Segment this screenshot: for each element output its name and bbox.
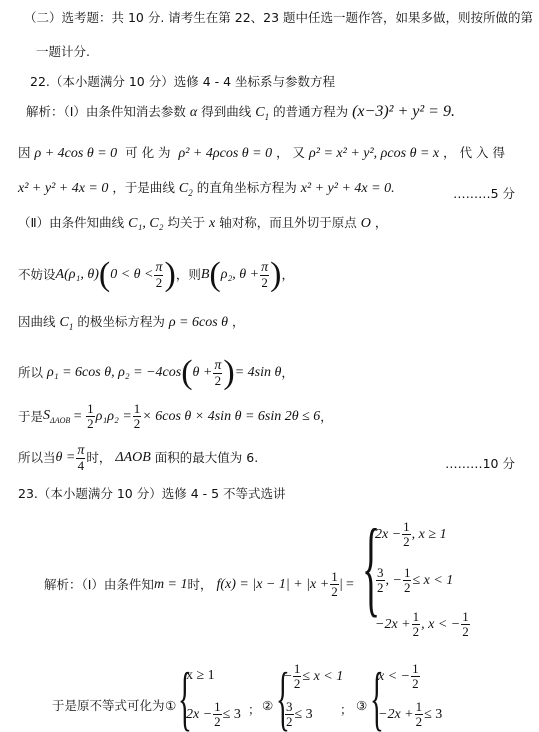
circle-1: ① [165, 700, 176, 713]
fraction-pi-over-4: π4 [76, 443, 85, 474]
paren-open: ( [99, 258, 110, 292]
paren-open: ( [181, 356, 192, 390]
area-intro: 于是 [18, 411, 43, 424]
fraction-pi-over-2: π2 [154, 260, 163, 291]
q22-part1-end: 的普通方程为 [273, 104, 348, 119]
eq-substitution: ρ² = x² + y², ρcos θ = x [309, 146, 439, 161]
q22-max-line: 所以当 θ = π4 时， ΔAOB 面积的最大值为 6. [18, 443, 258, 474]
q22-part1-intro: 解析：（Ⅰ）由条件知消去参数 [26, 104, 186, 119]
text-yushi: ，于是曲线 [112, 180, 175, 195]
point-b-inner: ρ₂, θ + [221, 268, 259, 282]
area-symbol: SΔAOB [43, 409, 70, 425]
assume-text: 不妨设 [18, 269, 56, 282]
q22-part1-mid: 得到曲线 [201, 104, 251, 119]
fraction-pi-over-2: π2 [213, 358, 222, 389]
paren-open: ( [209, 258, 220, 292]
max-end: 面积的最大值为 6. [155, 452, 258, 465]
eq-rho: ρ + 4cos θ = 0 [35, 146, 118, 161]
x-axis-symbol: x [209, 216, 215, 231]
eq-c2-final: x² + y² + 4x = 0. [301, 181, 395, 196]
score-5: ………5 分 [453, 184, 515, 202]
semicolon-2: ； [340, 704, 353, 717]
semicolon-1: ； [248, 704, 261, 717]
eq-rho2: ρ² + 4ρcos θ = 0 [179, 146, 273, 161]
max-intro: 所以当 [18, 452, 56, 465]
text-kehua: 可 化 为 [125, 145, 170, 160]
comma: ， [281, 269, 294, 282]
q22-polar-line: 因曲线 C1 的极坐标方程为 ρ = 6cos θ ， [18, 316, 245, 332]
fraction-one-half: 12 [86, 402, 95, 432]
q23-part1-line: 解析：（Ⅰ）由条件知 m = 1 时， f(x) = |x − 1| + |x … [44, 570, 354, 600]
fraction-pi-over-2: π2 [260, 260, 269, 291]
text-yin: 因 [18, 145, 31, 160]
circle-2: ② [262, 700, 273, 713]
sys3-line1: x < − 12 [378, 662, 421, 692]
rho-values: ρ₁ = 6cos θ, ρ₂ = −4cos [47, 366, 181, 380]
case-2: 32 , − 12 ≤ x < 1 [375, 566, 453, 596]
text-zhijiao: 的直角坐标方程为 [197, 180, 297, 195]
point-a: A(ρ₁, θ) [56, 268, 99, 282]
q23-when: 时， [188, 579, 213, 592]
q22-part2-line: （Ⅱ）由条件知曲线 C₁, C₂ 均关于 x 轴对称，而且外切于原点 O ， [18, 217, 387, 231]
area-part2: × 6cos θ × 4sin θ = 6sin 2θ ≤ 6 [142, 410, 320, 424]
q22-part2-end: 轴对称，而且外切于原点 [219, 215, 357, 230]
fraction-one-half: 12 [330, 570, 339, 600]
so-text: 所以 [18, 367, 43, 380]
point-b: B [201, 268, 210, 282]
fraction-one-half: 12 [133, 402, 142, 432]
polar-intro: 因曲线 [18, 314, 56, 329]
paren-close: ) [164, 258, 175, 292]
comma: ， [281, 367, 294, 380]
section-header-line2: 一题计分. [36, 46, 90, 59]
q22-conversion-line: 因 ρ + 4cos θ = 0 可 化 为 ρ² + 4ρcos θ = 0 … [18, 147, 505, 161]
curve-c1: C1 [255, 105, 269, 120]
theta-range: 0 < θ < [110, 268, 153, 282]
then-text: ，则 [176, 269, 201, 282]
paren-close: ) [223, 356, 234, 390]
q22-area-line: 于是 SΔAOB = 12 ρ₁ρ₂ = 12 × 6cos θ × 4sin … [18, 402, 333, 432]
section-header-line1: （二）选考题：共 10 分. 请考生在第 22、23 题中任选一题作答，如果多做… [24, 12, 533, 25]
case-3: −2x + 12 , x < − 12 [375, 610, 471, 640]
alpha-symbol: α [190, 105, 197, 120]
q22-c2-line: x² + y² + 4x = 0 ，于是曲线 C2 的直角坐标方程为 x² + … [18, 182, 395, 198]
rho-values-right: = 4sin θ [235, 366, 282, 380]
f-close: | = [340, 578, 354, 592]
curve-c1: C1 [60, 315, 74, 330]
m-eq: m = 1 [154, 578, 188, 592]
score-10: ………10 分 [445, 454, 515, 472]
rho-inner: θ + [193, 366, 213, 380]
transform-text: 于是原不等式可化为 [52, 700, 165, 713]
triangle-aob: ΔAOB [115, 451, 150, 465]
text-dairu: ， 代 入 得 [443, 145, 505, 160]
comma: ， [320, 411, 333, 424]
max-when: 时， [86, 452, 111, 465]
q22-part2-intro: （Ⅱ）由条件知曲线 [18, 215, 124, 230]
q23-part1-intro: 解析：（Ⅰ）由条件知 [44, 579, 154, 592]
eq-c1: (x−3)² + y² = 9. [352, 103, 455, 120]
curve-c2: C2 [179, 181, 193, 196]
curves-c1-c2: C₁, C₂ [128, 216, 163, 231]
origin-o: O [361, 216, 371, 231]
eq-c2: x² + y² + 4x = 0 [18, 181, 108, 196]
q22-part1-line: 解析：（Ⅰ）由条件知消去参数 α 得到曲线 C1 的普通方程为 (x−3)² +… [26, 104, 455, 122]
q22-part2-mid: 均关于 [168, 215, 206, 230]
area-part1: ρ₁ρ₂ = [96, 410, 132, 424]
comma: ， [232, 314, 245, 329]
theta-eq: θ = [56, 451, 76, 465]
sys3-line2: −2x + 12 ≤ 3 [378, 700, 442, 730]
circle-3: ③ [356, 700, 367, 713]
q22-assume-line: 不妨设 A(ρ₁, θ) ( 0 < θ < π2 ) ，则 B ( ρ₂, θ… [18, 258, 294, 292]
q23-title: 23.（本小题满分 10 分）选修 4 - 5 不等式选讲 [18, 488, 286, 501]
polar-mid: 的极坐标方程为 [77, 314, 165, 329]
sys2-line2: 32 ≤ 3 [284, 700, 313, 730]
polar-eq: ρ = 6cos θ [169, 315, 228, 330]
q22-rho-line: 所以 ρ₁ = 6cos θ, ρ₂ = −4cos ( θ + π2 ) = … [18, 356, 294, 390]
q22-title: 22.（本小题满分 10 分）选修 4 - 4 坐标系与参数方程 [30, 76, 335, 89]
sys1-line1: x ≥ 1 [186, 668, 215, 684]
comma: ， [375, 215, 388, 230]
text-you: ， 又 [276, 145, 305, 160]
sys2-line1: − 12 ≤ x < 1 [284, 662, 343, 692]
f-def: f(x) = |x − 1| + |x + [217, 578, 330, 592]
paren-close: ) [270, 258, 281, 292]
sys1-line2: 2x − 12 ≤ 3 [186, 700, 241, 730]
case-1: 2x − 12 , x ≥ 1 [375, 520, 447, 550]
